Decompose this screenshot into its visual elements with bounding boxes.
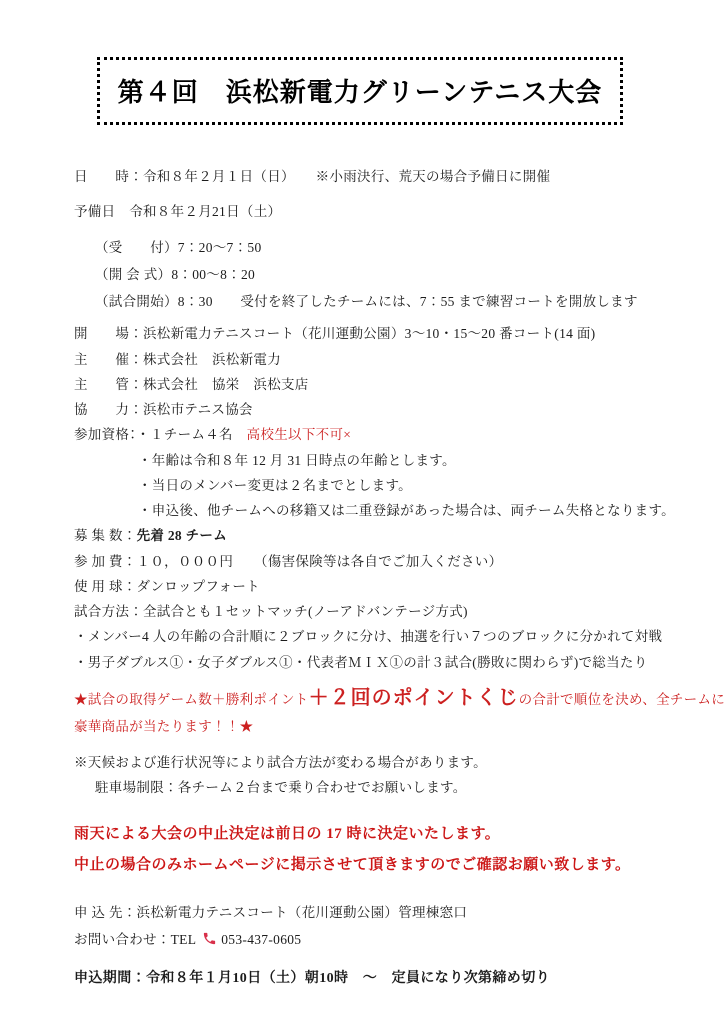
capacity-value: 先着 28 チーム xyxy=(137,528,227,543)
lottery-post-text: の合計で順位を決め、全チームに xyxy=(519,692,724,707)
cooperation-line: 協 力：浜松市テニス協会 xyxy=(74,400,676,420)
lottery-highlight-line-2: 豪華商品が当たります！！★ xyxy=(74,717,676,737)
reserve-day-line: 予備日 令和８年２月21日（土） xyxy=(74,202,676,222)
eligibility-note-3: ・申込後、他チームへの移籍又は二重登録があった場合は、両チーム失格となります。 xyxy=(74,501,676,521)
organizer-line: 主 催：株式会社 浜松新電力 xyxy=(74,350,676,370)
lottery-big-text: ＋２回のポイントくじ xyxy=(309,687,519,709)
lottery-highlight-line: ★試合の取得ゲーム数＋勝利ポイント＋２回のポイントくじの合計で順位を決め、全チー… xyxy=(74,683,676,713)
format-note-2: ・男子ダブルス①・女子ダブルス①・代表者ＭＩＸ①の計３試合(勝敗に関わらず)で総… xyxy=(74,653,676,673)
capacity-line: 募 集 数：先着 28 チーム xyxy=(74,526,676,546)
opening-ceremony-line: （開 会 式）8：00～8：20 xyxy=(74,265,676,285)
capacity-label: 募 集 数： xyxy=(74,528,137,543)
cancellation-notice-1: 雨天による大会の中止決定は前日の 17 時に決定いたします。 xyxy=(74,823,676,846)
match-format-line: 試合方法：全試合とも１セットマッチ(ノーアドバンテージ方式) xyxy=(74,602,676,622)
fee-line: 参 加 費：１０，０００円 （傷害保険等は各自でご加入ください） xyxy=(74,552,676,572)
application-period-line: 申込期間：令和８年１月10日（土）朝10時 ～ 定員になり次第締め切り xyxy=(74,968,676,989)
datetime-line: 日 時：令和８年２月１日（日） ※小雨決行、荒天の場合予備日に開催 xyxy=(74,167,676,187)
contact-line: お問い合わせ：TEL053-437-0605 xyxy=(74,930,676,952)
eligibility-restriction: 高校生以下不可× xyxy=(247,427,352,442)
application-address-line: 申 込 先：浜松新電力テニスコート（花川運動公園）管理棟窓口 xyxy=(74,903,676,923)
cancellation-notice-2: 中止の場合のみホームページに掲示させて頂きますのでご確認お願い致します。 xyxy=(74,854,676,877)
venue-line: 開 場：浜松新電力テニスコート（花川運動公園）3～10・15～20 番コート(1… xyxy=(74,324,676,344)
phone-icon xyxy=(202,931,217,952)
eligibility-note-2: ・当日のメンバー変更は２名までとします。 xyxy=(74,476,676,496)
parking-note-line: 駐車場制限：各チーム２台まで乗り合わせでお願いします。 xyxy=(74,778,676,798)
ball-line: 使 用 球：ダンロップフォート xyxy=(74,577,676,597)
match-start-line: （試合開始）8：30 受付を終了したチームには、7：55 まで練習コートを開放し… xyxy=(74,292,676,312)
reception-line: （受 付）7：20～7：50 xyxy=(74,238,676,258)
flyer-page: 第４回 浜松新電力グリーンテニス大会 日 時：令和８年２月１日（日） ※小雨決行… xyxy=(0,0,724,1024)
eligibility-label: 参加資格：・１チーム４名 xyxy=(74,427,247,442)
lottery-pre-text: ★試合の取得ゲーム数＋勝利ポイント xyxy=(74,692,309,707)
format-note-1: ・メンバー4 人の年齢の合計順に２ブロックに分け、抽選を行い７つのブロックに分か… xyxy=(74,627,676,647)
title-box: 第４回 浜松新電力グリーンテニス大会 xyxy=(97,57,623,125)
management-line: 主 管：株式会社 協栄 浜松支店 xyxy=(74,375,676,395)
weather-note-line: ※天候および進行状況等により試合方法が変わる場合があります。 xyxy=(74,753,676,773)
eligibility-note-1: ・年齢は令和８年 12 月 31 日時点の年齢とします。 xyxy=(74,451,676,471)
contact-label: お問い合わせ：TEL xyxy=(74,932,196,947)
tournament-title: 第４回 浜松新電力グリーンテニス大会 xyxy=(108,72,612,109)
contact-phone-number: 053-437-0605 xyxy=(221,932,301,947)
eligibility-line: 参加資格：・１チーム４名 高校生以下不可× xyxy=(74,425,676,445)
